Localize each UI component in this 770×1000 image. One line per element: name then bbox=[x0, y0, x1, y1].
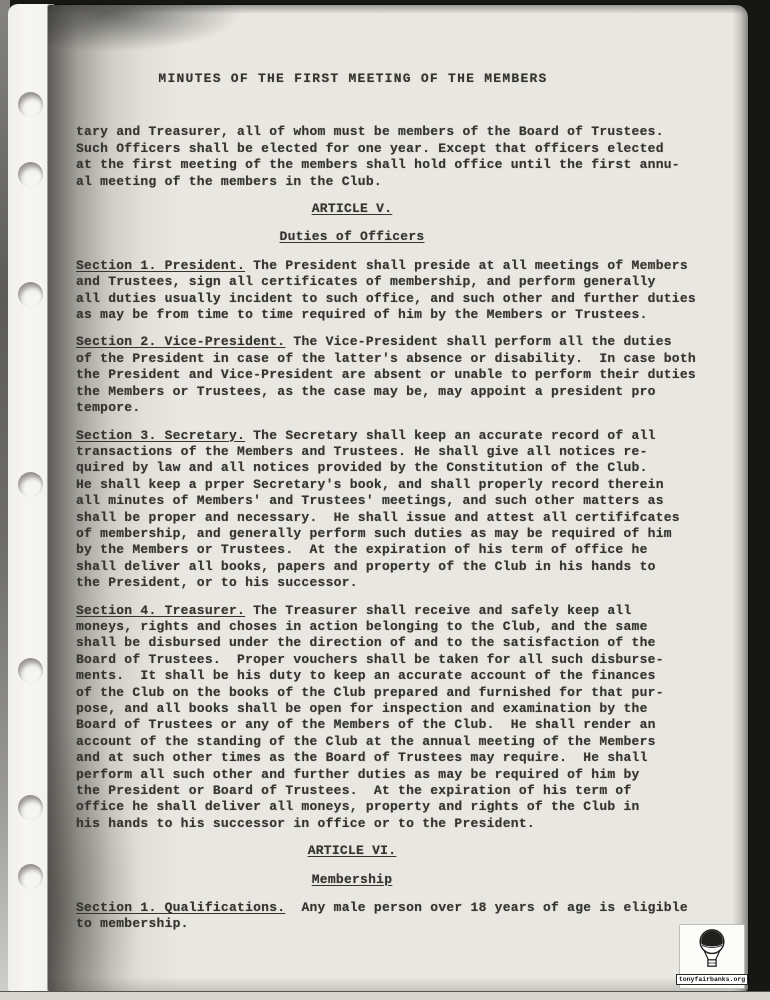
section-4-treasurer: Section 4. Treasurer. The Treasurer shal… bbox=[76, 603, 718, 833]
typed-text-column: MINUTES OF THE FIRST MEETING OF THE MEMB… bbox=[76, 71, 718, 944]
scanned-document: MINUTES OF THE FIRST MEETING OF THE MEMB… bbox=[0, 0, 770, 1000]
punch-hole bbox=[18, 92, 43, 117]
section-4-body: The Treasurer shall receive and safely k… bbox=[76, 603, 664, 831]
section-3-body: The Secretary shall keep an accurate rec… bbox=[76, 428, 680, 591]
watermark-stamp: tonyfairbanks.org bbox=[679, 924, 745, 989]
watermark-label: tonyfairbanks.org bbox=[676, 974, 748, 985]
punch-hole bbox=[18, 472, 43, 497]
section-1-president: Section 1. President. The President shal… bbox=[76, 258, 718, 324]
article-v-heading: ARTICLE V. bbox=[76, 201, 718, 217]
article-vi-heading-text: ARTICLE VI. bbox=[308, 843, 397, 858]
section-2-heading: Section 2. Vice-President. bbox=[76, 334, 285, 349]
punch-hole bbox=[18, 162, 43, 187]
section-3-secretary: Section 3. Secretary. The Secretary shal… bbox=[76, 428, 718, 592]
article-v-subheading: Duties of Officers bbox=[76, 229, 718, 245]
hot-air-balloon-icon bbox=[693, 928, 731, 973]
article-vi-subheading: Membership bbox=[76, 872, 718, 888]
section-1-qualifications: Section 1. Qualifications. Any male pers… bbox=[76, 900, 718, 933]
punch-hole bbox=[18, 658, 43, 683]
punch-hole bbox=[18, 795, 43, 820]
section-4-heading: Section 4. Treasurer. bbox=[76, 603, 245, 618]
section-2-vice-president: Section 2. Vice-President. The Vice-Pres… bbox=[76, 334, 718, 416]
paragraph-continued: tary and Treasurer, all of whom must be … bbox=[76, 124, 718, 190]
article-v-subheading-text: Duties of Officers bbox=[280, 229, 425, 244]
section-3-heading: Section 3. Secretary. bbox=[76, 428, 245, 443]
article-vi-subheading-text: Membership bbox=[312, 872, 393, 887]
punch-hole bbox=[18, 282, 43, 307]
document-page: MINUTES OF THE FIRST MEETING OF THE MEMB… bbox=[48, 5, 748, 991]
document-title: MINUTES OF THE FIRST MEETING OF THE MEMB… bbox=[76, 71, 718, 87]
article-vi-heading: ARTICLE VI. bbox=[76, 843, 718, 859]
article-v-heading-text: ARTICLE V. bbox=[312, 201, 393, 216]
scanner-bottom-strip bbox=[0, 991, 770, 1000]
section-1-heading: Section 1. President. bbox=[76, 258, 245, 273]
punch-hole bbox=[18, 864, 43, 889]
section-1-qualifications-heading: Section 1. Qualifications. bbox=[76, 900, 285, 915]
